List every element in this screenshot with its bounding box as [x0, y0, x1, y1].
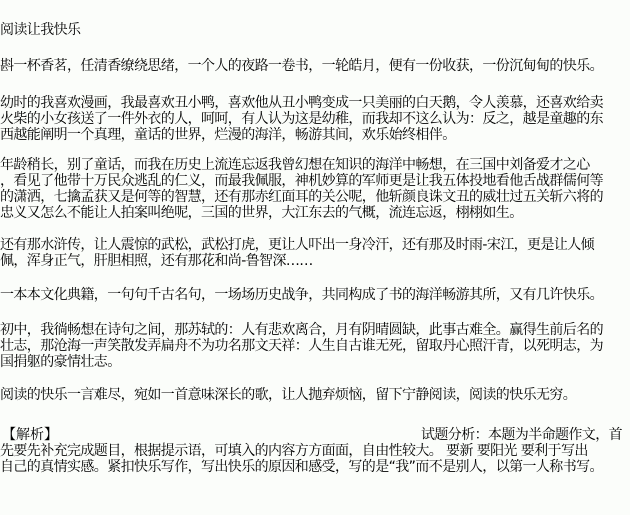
paragraph-5-line-1: 一本本文化典籍，一句句千古名句，一场场历史战争，共同构成了书的海洋畅游其所，又有…	[0, 287, 603, 303]
paragraph-3-line-1: 年龄稍长，别了童话，而我在历史上流连忘返我曾幻想在知识的海洋中畅想，在三国中刘备…	[0, 157, 590, 173]
paragraph-2-line-2: 火柴的小女孩送了一件外衣的人，呵呵，有人认为这是幼稚，而我却不这么认为：反之，越…	[0, 111, 603, 127]
paragraph-3-line-4: 忠义又怎么不能让人拍案叫绝呢，三国的世界，大江东去的气概，流连忘返，栩栩如生。	[0, 205, 523, 221]
paragraph-1-line-1: 斟一杯香茗，任清香缭绕思绪，一个人的夜路一卷书，一轮皓月，便有一份收获，一份沉甸…	[0, 58, 603, 74]
paragraph-6-line-1: 初中，我徜畅想在诗句之间，那苏轼的：人有悲欢离合，月有阴晴圆缺，此事古难全。赢得…	[0, 322, 603, 338]
paragraph-7-line-1: 阅读的快乐一言难尽，宛如一首意味深长的歌，让人抛弃烦恼，留下宁静阅读，阅读的快乐…	[0, 387, 576, 403]
paragraph-3-line-3: 的潇洒，七擒孟获又是何等的智慧，还有那赤红面耳的关公呢，他斩颜良诛文丑的威壮过五…	[0, 189, 603, 205]
analysis-line-2: 先要先补充完成题目，根据提示语，可填入的内容方方面面，自由性较大。 要新 要阳光…	[0, 443, 588, 459]
analysis-label: 【解析】	[2, 427, 58, 443]
document-page: 阅读让我快乐 斟一杯香茗，任清香缭绕思绪，一个人的夜路一卷书，一轮皓月，便有一份…	[0, 0, 630, 515]
paragraph-4-line-1: 还有那水浒传，让人震惊的武松，武松打虎，更让人吓出一身冷汗，还有那及时雨-宋江，…	[0, 237, 594, 253]
paragraph-2-line-1: 幼时的我喜欢漫画，我最喜欢丑小鸭，喜欢他从丑小鸭变成一只美丽的白天鹅，令人羡慕，…	[0, 95, 603, 111]
paragraph-4-line-2: 佩，浑身正气，肝胆相照，还有那花和尚-鲁智深……	[0, 253, 313, 269]
analysis-first-line: 试题分析：本题为半命题作文，首	[421, 427, 622, 443]
paragraph-6-line-3: 国捐躯的豪情壮志。	[0, 354, 121, 370]
analysis-line-3: 自己的真情实感。紧扣快乐写作，写出快乐的原因和感受，写的是“我”而不是别人，以第…	[0, 459, 603, 475]
paragraph-6-line-2: 壮志，那沧海一声笑散发弄扁舟不为功名那文天祥：人生自古谁无死，留取丹心照汗青，以…	[0, 338, 603, 354]
paragraph-3-line-2: ，看见了他带十万民众逃乱的仁义，而最我佩服，神机妙算的军师更是让我五体投地看他舌…	[0, 173, 603, 189]
paragraph-2-line-3: 西越能阐明一个真理，童话的世界，烂漫的海洋，畅游其间，欢乐始终相伴。	[0, 127, 456, 143]
document-title: 阅读让我快乐	[0, 22, 80, 38]
